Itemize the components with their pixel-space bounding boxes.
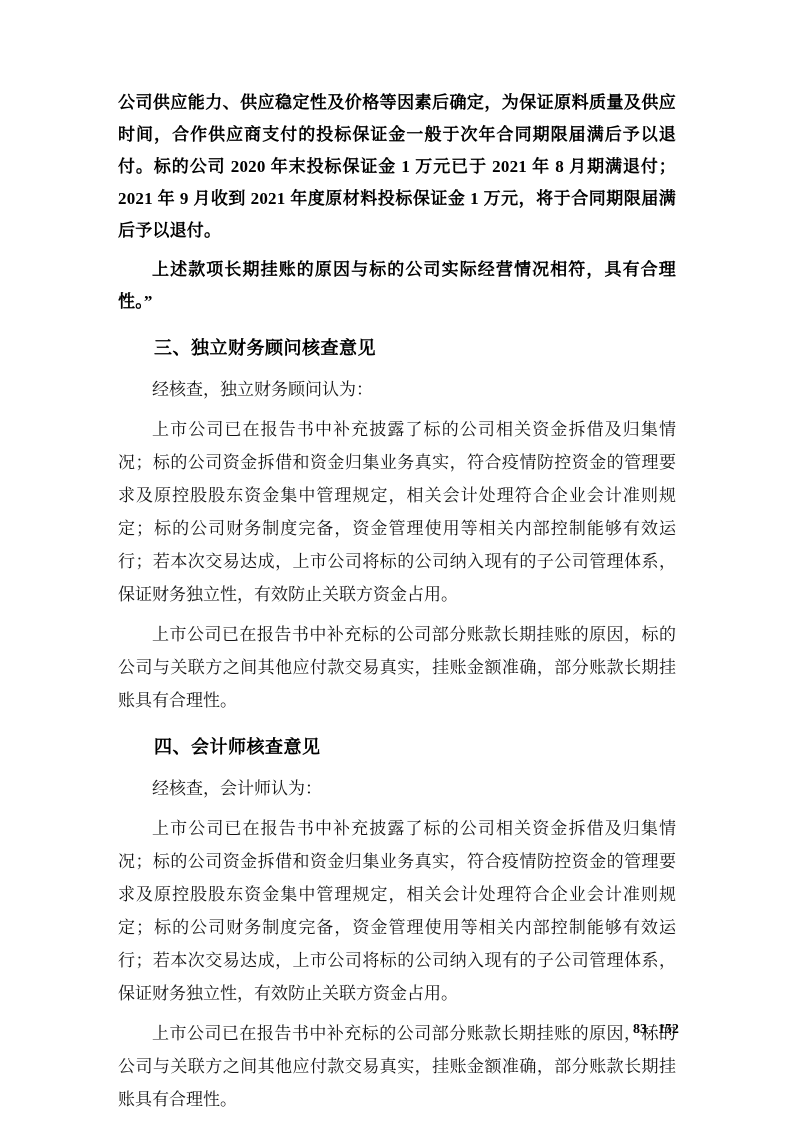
paragraph-advisor-opinion-funds: 上市公司已在报告书中补充披露了标的公司相关资金拆借及归集情况；标的公司资金拆借和… bbox=[118, 413, 676, 611]
section-heading-accountant-opinion: 四、会计师核查意见 bbox=[118, 734, 676, 760]
quote-paragraph-continuation: 公司供应能力、供应稳定性及价格等因素后确定，为保证原料质量及供应时间，合作供应商… bbox=[118, 87, 676, 247]
paragraph-accountant-opinion-funds: 上市公司已在报告书中补充披露了标的公司相关资金拆借及归集情况；标的公司资金拆借和… bbox=[118, 812, 676, 1010]
paragraph-advisor-intro: 经核查，独立财务顾问认为： bbox=[118, 373, 676, 406]
page-content: 公司供应能力、供应稳定性及价格等因素后确定，为保证原料质量及供应时间，合作供应商… bbox=[118, 87, 676, 1122]
document-page: 公司供应能力、供应稳定性及价格等因素后确定，为保证原料质量及供应时间，合作供应商… bbox=[0, 0, 793, 1122]
paragraph-advisor-opinion-payables: 上市公司已在报告书中补充标的公司部分账款长期挂账的原因，标的公司与关联方之间其他… bbox=[118, 618, 676, 717]
paragraph-accountant-intro: 经核查，会计师认为： bbox=[118, 772, 676, 805]
quote-paragraph-closing: 上述款项长期挂账的原因与标的公司实际经营情况相符，具有合理性。” bbox=[118, 254, 676, 318]
paragraph-accountant-opinion-payables: 上市公司已在报告书中补充标的公司部分账款长期挂账的原因，标的公司与关联方之间其他… bbox=[118, 1017, 676, 1116]
page-number: 83 / 152 bbox=[633, 1022, 679, 1038]
section-heading-independent-financial-advisor-opinion: 三、独立财务顾问核查意见 bbox=[118, 335, 676, 361]
